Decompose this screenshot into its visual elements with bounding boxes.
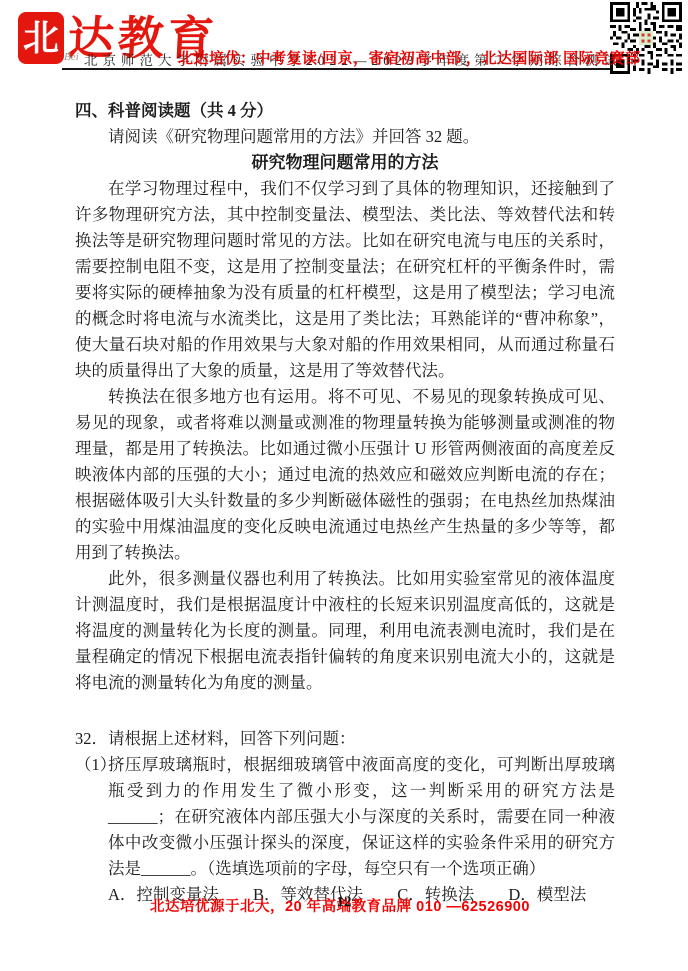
footer-promo-line: 北达培优源于北大，20 年高端教育品牌 010 —62526900 [150, 895, 530, 916]
article-paragraph: 转换法在很多地方也有运用。将不可见、不易见的现象转换成可见、易见的现象，或者将难… [75, 384, 615, 566]
section-heading: 四、科普阅读题（共 4 分） [75, 98, 615, 124]
question-stem: 32．请根据上述材料，回答下列问题： [75, 726, 615, 752]
brand-pinyin: Bei [64, 51, 79, 63]
brand-seal-logo-icon: 北 [18, 12, 64, 64]
exam-content: 四、科普阅读题（共 4 分） 请阅读《研究物理问题常用的方法》并回答 32 题。… [75, 98, 615, 908]
article-title: 研究物理问题常用的方法 [75, 150, 615, 176]
question-part-text: 挤压厚玻璃瓶时，根据细玻璃管中液面高度的变化，可判断出厚玻璃瓶受到力的作用发生了… [108, 755, 615, 878]
question-part-label: （1） [75, 752, 116, 778]
header-promo-line: 北达培优：中考复读/回京，寄宿初高中部 ，北达国际部 国际竞赛部 [178, 47, 641, 68]
question-part-1: （1） 挤压厚玻璃瓶时，根据细玻璃管中液面高度的变化，可判断出厚玻璃瓶受到力的作… [75, 752, 615, 882]
exam-page: 北 达教育 Bei 北京师范大学附属实验中学2022—2023学年度第二学期综合… [0, 0, 688, 971]
section-intro: 请阅读《研究物理问题常用的方法》并回答 32 题。 [75, 124, 615, 150]
question-32: 32．请根据上述材料，回答下列问题： （1） 挤压厚玻璃瓶时，根据细玻璃管中液面… [75, 726, 615, 908]
article-paragraph: 此外，很多测量仪器也利用了转换法。比如用实验室常见的液体温度计测温度时，我们是根… [75, 566, 615, 696]
seal-character: 北 [23, 20, 59, 56]
article-paragraph: 在学习物理过程中，我们不仅学习到了具体的物理知识，还接触到了许多物理研究方法，其… [75, 176, 615, 384]
